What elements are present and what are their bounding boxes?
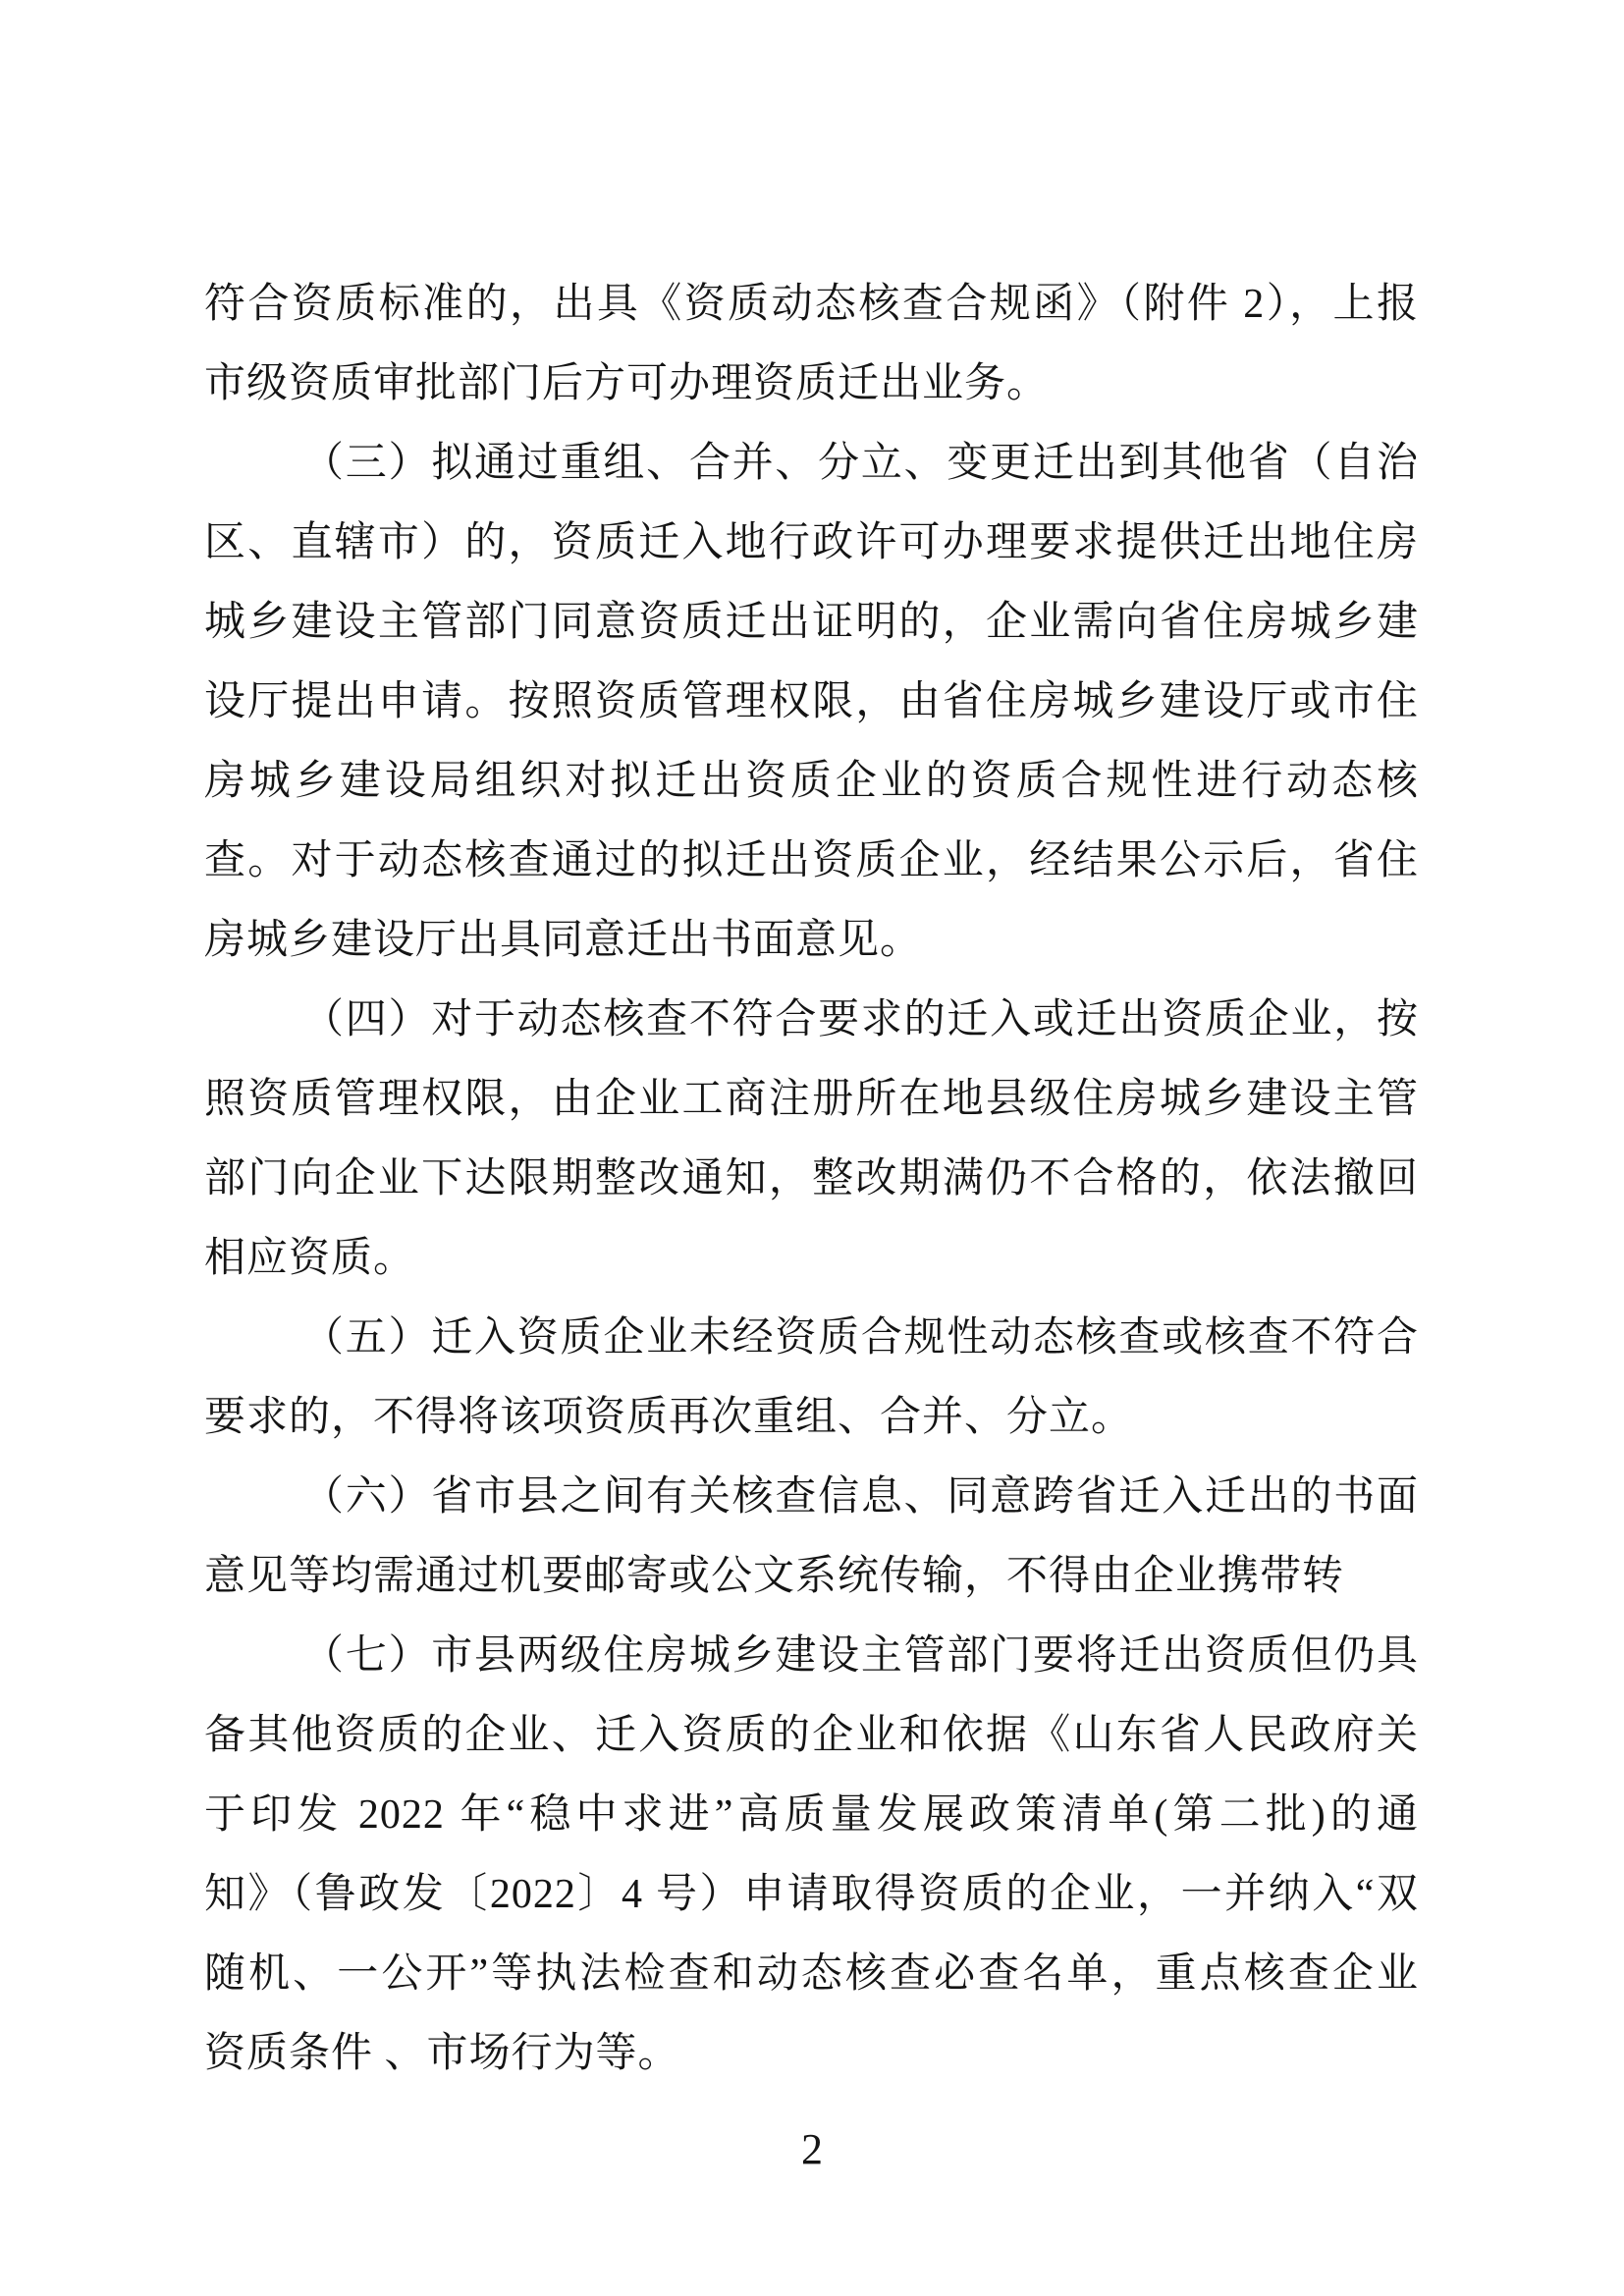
text-line: 设厅提出申请。按照资质管理权限，由省住房城乡建设厅或市住 <box>204 663 1419 742</box>
paragraph: 符合资质标准的，出具《资质动态核查合规函》（附件 2），上报 市级资质审批部门后… <box>204 265 1419 424</box>
text-line: 意见等均需通过机要邮寄或公文系统传输，不得由企业携带转送。 <box>204 1537 1419 1617</box>
text-line: 备其他资质的企业、迁入资质的企业和依据《山东省人民政府关 <box>204 1696 1419 1776</box>
text-line: 房城乡建设厅出具同意迁出书面意见。 <box>204 901 1419 981</box>
page-number: 2 <box>0 2120 1624 2179</box>
text-line: 于印发 2022 年“稳中求进”高质量发展政策清单(第二批)的通 <box>204 1776 1419 1855</box>
text-line: 部门向企业下达限期整改通知，整改期满仍不合格的，依法撤回 <box>204 1140 1419 1219</box>
paragraph: （四）对于动态核查不符合要求的迁入或迁出资质企业，按 照资质管理权限，由企业工商… <box>204 981 1419 1299</box>
text-line: 符合资质标准的，出具《资质动态核查合规函》（附件 2），上报 <box>204 265 1419 345</box>
text-line: 查。对于动态核查通过的拟迁出资质企业，经结果公示后，省住 <box>204 822 1419 901</box>
text-line: （五）迁入资质企业未经资质合规性动态核查或核查不符合 <box>204 1299 1419 1378</box>
paragraph: （六）省市县之间有关核查信息、同意跨省迁入迁出的书面 意见等均需通过机要邮寄或公… <box>204 1458 1419 1617</box>
text-line: 随机、一公开”等执法检查和动态核查必查名单，重点核查企业 <box>204 1935 1419 2014</box>
paragraph: （三）拟通过重组、合并、分立、变更迁出到其他省（自治 区、直辖市）的，资质迁入地… <box>204 424 1419 981</box>
text-line: 市级资质审批部门后方可办理资质迁出业务。 <box>204 345 1419 424</box>
paragraph: （七）市县两级住房城乡建设主管部门要将迁出资质但仍具 备其他资质的企业、迁入资质… <box>204 1617 1419 2094</box>
text-line: 区、直辖市）的，资质迁入地行政许可办理要求提供迁出地住房 <box>204 504 1419 583</box>
text-line: 资质条件 、市场行为等。 <box>204 2014 1419 2094</box>
document-body: 符合资质标准的，出具《资质动态核查合规函》（附件 2），上报 市级资质审批部门后… <box>204 265 1419 2094</box>
text-line: 知》（鲁政发〔2022〕4 号）申请取得资质的企业，一并纳入“双 <box>204 1855 1419 1935</box>
document-page: 符合资质标准的，出具《资质动态核查合规函》（附件 2），上报 市级资质审批部门后… <box>0 0 1624 2296</box>
text-line: 照资质管理权限，由企业工商注册所在地县级住房城乡建设主管 <box>204 1060 1419 1140</box>
text-line: （四）对于动态核查不符合要求的迁入或迁出资质企业，按 <box>204 981 1419 1060</box>
paragraph: （五）迁入资质企业未经资质合规性动态核查或核查不符合 要求的，不得将该项资质再次… <box>204 1299 1419 1458</box>
text-line: （六）省市县之间有关核查信息、同意跨省迁入迁出的书面 <box>204 1458 1419 1537</box>
text-line: 相应资质。 <box>204 1219 1419 1299</box>
text-line: 要求的，不得将该项资质再次重组、合并、分立。 <box>204 1378 1419 1458</box>
text-line: （三）拟通过重组、合并、分立、变更迁出到其他省（自治 <box>204 424 1419 504</box>
text-line: 房城乡建设局组织对拟迁出资质企业的资质合规性进行动态核 <box>204 742 1419 822</box>
text-line: 城乡建设主管部门同意资质迁出证明的，企业需向省住房城乡建 <box>204 583 1419 663</box>
text-line: （七）市县两级住房城乡建设主管部门要将迁出资质但仍具 <box>204 1617 1419 1696</box>
